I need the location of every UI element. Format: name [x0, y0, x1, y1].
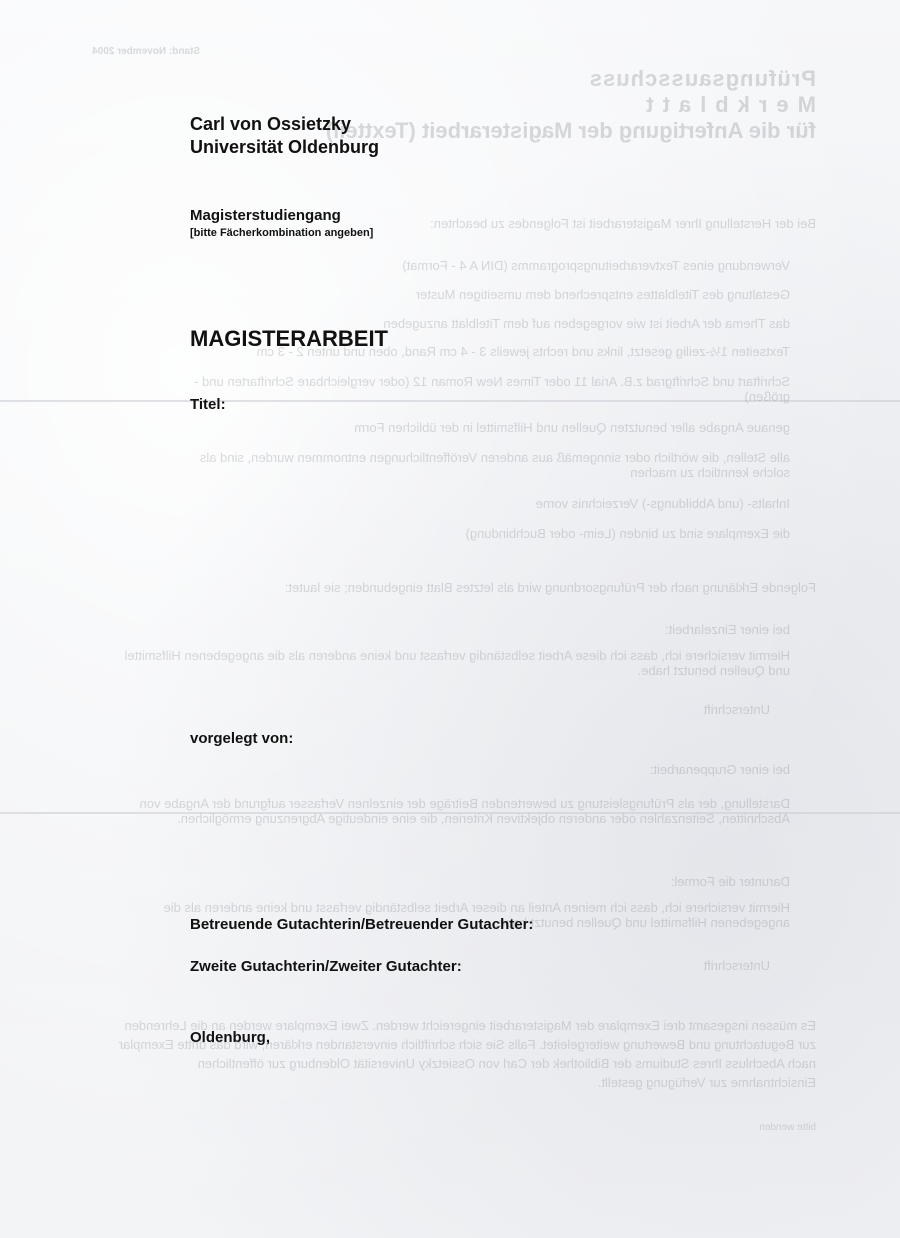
study-program: Magisterstudiengang — [190, 207, 341, 224]
submitted-by-label: vorgelegt von: — [190, 730, 293, 747]
document-type-heading: MAGISTERARBEIT — [190, 326, 388, 352]
fold-crease — [0, 812, 900, 814]
fold-crease — [0, 400, 900, 402]
title-label: Titel: — [190, 396, 226, 413]
university-line-1: Carl von Ossietzky — [190, 113, 379, 136]
paper-sheet — [0, 0, 900, 1238]
study-program-hint: [bitte Fächerkombination angeben] — [190, 227, 373, 239]
supervisor-label: Betreuende Gutachterin/Betreuender Gutac… — [190, 916, 533, 933]
second-reviewer-label: Zweite Gutachterin/Zweiter Gutachter: — [190, 958, 462, 975]
university-line-2: Universität Oldenburg — [190, 136, 379, 159]
place-date-label: Oldenburg, — [190, 1029, 270, 1046]
university-name: Carl von Ossietzky Universität Oldenburg — [190, 113, 379, 159]
